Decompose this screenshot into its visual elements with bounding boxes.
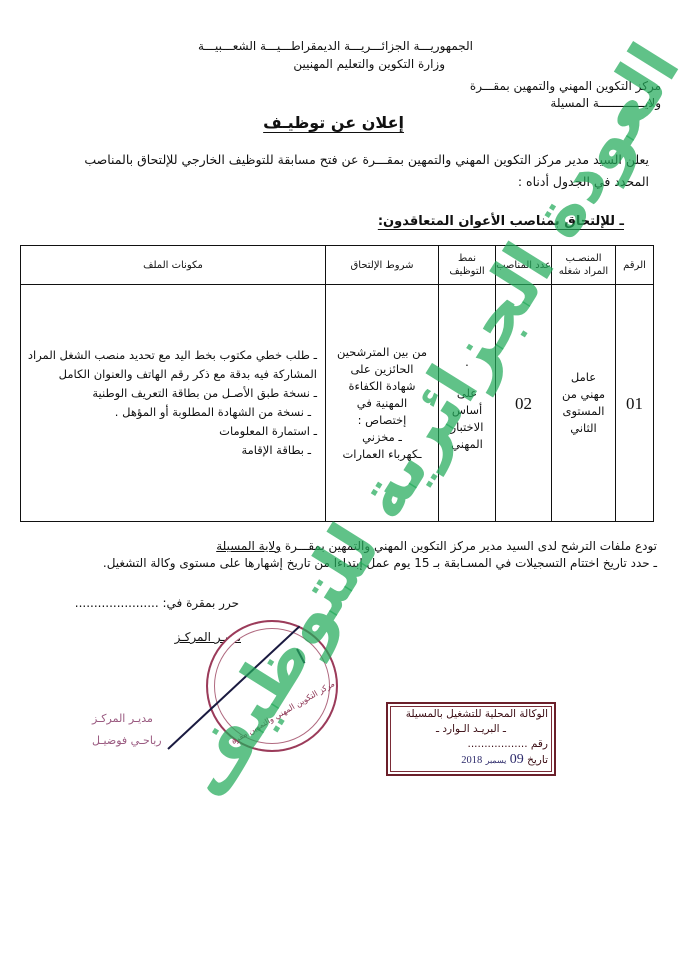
agency-name: الوكالة المحلية للتشغيل بالمسيلة — [394, 707, 548, 722]
receipt-date-label: تاريخ — [527, 754, 548, 766]
receipt-number: رقم .................. — [394, 737, 548, 752]
condition-line: ـ مخزني — [326, 429, 438, 446]
section-heading: ـ للإلتحاق بمناصب الأعوان المتعاقدون: — [378, 214, 624, 229]
position-line: عامل — [552, 369, 615, 386]
receipt-date: تاريخ 09 يسمبر 2018 — [394, 752, 548, 768]
receipt-number-value: .................. — [468, 738, 528, 750]
header-republic: الجمهوريـــة الجزائـــريـــة الديمقراطــ… — [198, 38, 473, 55]
agency-receipt-stamp: الوكالة المحلية للتشغيل بالمسيلة ـ البري… — [386, 702, 556, 776]
file-item: ـ طلب خطي مكتوب بخط اليد مع تحديد منصب ا… — [21, 346, 317, 384]
signature-stamp-title: مديـر المركـز — [92, 712, 153, 725]
mode-line: المهني — [439, 436, 495, 453]
deposit-note: تودع ملفات الترشح لدى السيد مدير مركز ال… — [216, 538, 657, 555]
official-seal: مركز التكوين المهني والتمهين مقرة — [206, 620, 338, 752]
mode-line: أساس — [439, 402, 495, 419]
file-item: ـ استمارة المعلومات — [21, 422, 317, 441]
header-conditions: شروط الإلتحاق — [326, 246, 439, 285]
header-ministry: وزارة التكوين والتعليم المهنيين — [293, 56, 445, 73]
condition-line: ـكهرباء العمارات — [326, 446, 438, 463]
done-at-value: ...................... — [75, 596, 159, 610]
intro-paragraph: يعلن السيد مدير مركز التكوين المهني والت… — [59, 149, 649, 193]
cell-conditions: من بين المترشحين الحائزين على شهادة الكف… — [326, 285, 439, 522]
position-line: الثاني — [552, 420, 615, 437]
header-province: ولايـــــــــــــة المسيلة — [550, 95, 661, 112]
position-line: مهني من — [552, 386, 615, 403]
seal-text: مركز التكوين المهني والتمهين مقرة — [230, 679, 337, 746]
receipt-date-day: 09 — [510, 752, 524, 767]
condition-line: المهنية في — [326, 395, 438, 412]
condition-line: شهادة الكفاءة — [326, 378, 438, 395]
cell-recruitment-mode: . على أساس الاختبار المهني — [439, 285, 496, 522]
cell-count: 02 — [496, 285, 552, 522]
condition-line: إختصاص : — [326, 412, 438, 429]
done-at: حرر بمقرة في: ...................... — [75, 596, 239, 610]
mode-line: على — [439, 385, 495, 402]
header-file-contents: مكونات الملف — [21, 246, 326, 285]
positions-table: الرقم المنصـب المراد شغله عدد المناصب نم… — [20, 245, 654, 522]
deposit-text: تودع ملفات الترشح لدى السيد مدير مركز ال… — [281, 539, 657, 553]
table-header-row: الرقم المنصـب المراد شغله عدد المناصب نم… — [21, 246, 654, 285]
cell-position: عامل مهني من المستوى الثاني — [552, 285, 616, 522]
mode-line: . — [439, 354, 495, 371]
deadline-note: ـ حدد تاريخ اختتام التسجيلات في المسـابق… — [103, 555, 657, 572]
receipt-date-year: 2018 — [461, 755, 482, 766]
header-position: المنصـب المراد شغله — [552, 246, 616, 285]
header-number: الرقم — [616, 246, 654, 285]
file-item: ـ بطاقة الإقامة — [21, 441, 317, 460]
mode-line: الاختبار — [439, 419, 495, 436]
position-line: المستوى — [552, 403, 615, 420]
condition-line: من بين المترشحين — [326, 344, 438, 361]
done-at-label: حرر بمقرة في: — [163, 596, 240, 610]
header-center: مركز التكوين المهني والتمهين بمقـــرة — [470, 78, 661, 95]
announcement-title: إعلان عن توظيـف — [263, 113, 404, 132]
agency-mail-label: ـ البريـد الـوارد ـ — [394, 722, 548, 737]
file-item: ـ نسخة طبق الأصـل من بطاقة التعريف الوطن… — [21, 384, 317, 403]
condition-line: الحائزين على — [326, 361, 438, 378]
receipt-date-month: يسمبر — [486, 756, 507, 765]
signature-stamp-name: رباحـي فوضيـل — [92, 734, 162, 747]
cell-file-contents: ـ طلب خطي مكتوب بخط اليد مع تحديد منصب ا… — [21, 285, 326, 522]
header-recruitment-mode: نمط التوظيف — [439, 246, 496, 285]
file-item: ـ نسخة من الشهادة المطلوبة أو المؤهل . — [21, 403, 317, 422]
table-row: 01 عامل مهني من المستوى الثاني 02 . على … — [21, 285, 654, 522]
deposit-location: ولاية المسيلة — [216, 539, 281, 553]
header-count: عدد المناصب — [496, 246, 552, 285]
cell-number: 01 — [616, 285, 654, 522]
receipt-number-label: رقم — [531, 738, 548, 750]
